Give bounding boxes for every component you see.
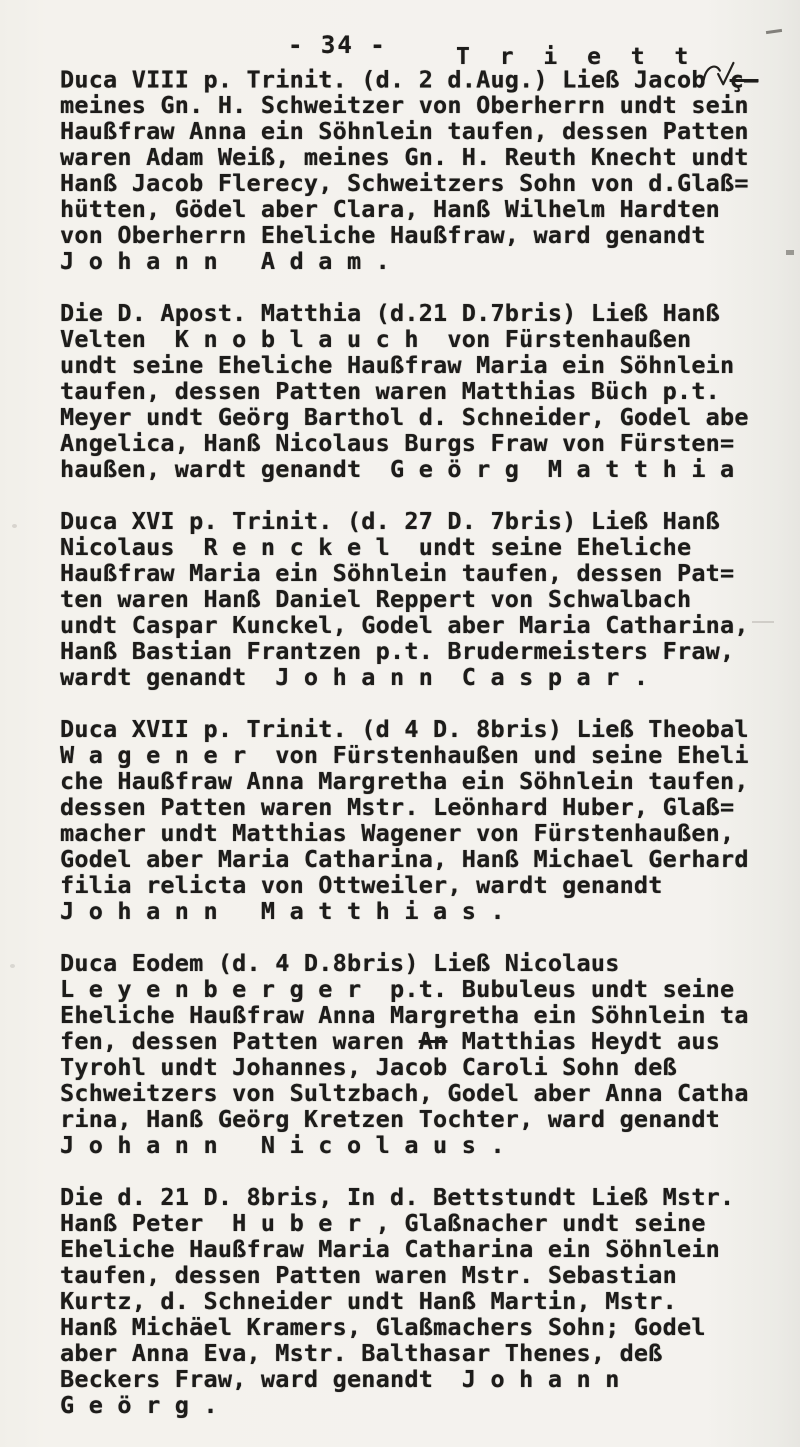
text-line: L e y e n b e r g e r p.t. Bubuleus undt… (60, 976, 800, 1002)
text-line: Duca Eodem (d. 4 D.8bris) Ließ Nicolaus (60, 950, 800, 976)
text-line: Velten K n o b l a u c h von Fürstenhauß… (60, 326, 800, 352)
text-line: aber Anna Eva, Mstr. Balthasar Thenes, d… (60, 1340, 800, 1366)
text-line: J o h a n n M a t t h i a s . (60, 898, 800, 924)
text-line: waren Adam Weiß, meines Gn. H. Reuth Kne… (60, 144, 800, 170)
baptism-entries: Duca VIII p. Trinit. (d. 2 d.Aug.) Ließ … (60, 66, 800, 1444)
text-line: taufen, dessen Patten waren Matthias Büc… (60, 378, 800, 404)
text-line: Beckers Fraw, ward genandt J o h a n n (60, 1366, 800, 1392)
text-line: dessen Patten waren Mstr. Leönhard Huber… (60, 794, 800, 820)
page-number: - 34 - (288, 31, 387, 59)
text-line: Eheliche Haußfraw Anna Margretha ein Söh… (60, 1002, 800, 1028)
baptism-entry: Duca VIII p. Trinit. (d. 2 d.Aug.) Ließ … (60, 66, 800, 274)
text-line: Tyrohl undt Johannes, Jacob Caroli Sohn … (60, 1054, 800, 1080)
struck-text: An (419, 1027, 448, 1055)
text-line: Meyer undt Geörg Barthol d. Schneider, G… (60, 404, 800, 430)
text-line: undt Caspar Kunckel, Godel aber Maria Ca… (60, 612, 800, 638)
text-line: taufen, dessen Patten waren Mstr. Sebast… (60, 1262, 800, 1288)
text-line: J o h a n n A d a m . (60, 248, 800, 274)
scan-artifact (766, 29, 782, 34)
handwritten-check-icon (702, 59, 736, 89)
text-line: hütten, Gödel aber Clara, Hanß Wilhelm H… (60, 196, 800, 222)
text-line: macher undt Matthias Wagener von Fürsten… (60, 820, 800, 846)
scan-artifact (786, 250, 794, 255)
text-line: undt seine Eheliche Haußfraw Maria ein S… (60, 352, 800, 378)
text-line: haußen, wardt genandt G e ö r g M a t t … (60, 456, 800, 482)
text-line: Die d. 21 D. 8bris, In d. Bettstundt Lie… (60, 1184, 800, 1210)
text-line: meines Gn. H. Schweitzer von Oberherrn u… (60, 92, 800, 118)
baptism-entry: Duca XVI p. Trinit. (d. 27 D. 7bris) Lie… (60, 508, 800, 690)
text-line: ten waren Hanß Daniel Reppert von Schwal… (60, 586, 800, 612)
text-line: Haußfraw Maria ein Söhnlein taufen, dess… (60, 560, 800, 586)
text-line: Eheliche Haußfraw Maria Catharina ein Sö… (60, 1236, 800, 1262)
text-line: wardt genandt J o h a n n C a s p a r . (60, 664, 800, 690)
text-line: von Oberherrn Eheliche Haußfraw, ward ge… (60, 222, 800, 248)
text-line: Duca VIII p. Trinit. (d. 2 d.Aug.) Ließ … (60, 66, 800, 92)
text-line: Godel aber Maria Catharina, Hanß Michael… (60, 846, 800, 872)
text-line: che Haußfraw Anna Margretha ein Söhnlein… (60, 768, 800, 794)
baptism-entry: Duca Eodem (d. 4 D.8bris) Ließ NicolausL… (60, 950, 800, 1158)
text-line: fen, dessen Patten waren An Matthias Hey… (60, 1028, 800, 1054)
text-line: filia relicta von Ottweiler, wardt genan… (60, 872, 800, 898)
text-line: Hanß Bastian Frantzen p.t. Brudermeister… (60, 638, 800, 664)
text-line: Angelica, Hanß Nicolaus Burgs Fraw von F… (60, 430, 800, 456)
text-line: Kurtz, d. Schneider undt Hanß Martin, Ms… (60, 1288, 800, 1314)
text-segment: fen, dessen Patten waren (60, 1027, 419, 1055)
text-line: G e ö r g . (60, 1392, 800, 1418)
text-line: Schweitzers von Sultzbach, Godel aber An… (60, 1080, 800, 1106)
text-line: J o h a n n N i c o l a u s . (60, 1132, 800, 1158)
baptism-entry: Die D. Apost. Matthia (d.21 D.7bris) Lie… (60, 300, 800, 482)
text-line: Duca XVI p. Trinit. (d. 27 D. 7bris) Lie… (60, 508, 800, 534)
text-line: Hanß Jacob Flerecy, Schweitzers Sohn von… (60, 170, 800, 196)
scan-artifact (10, 964, 15, 968)
scanned-register-page: - 34 - T r i e t t Duca VIII p. Trinit. … (0, 0, 800, 1447)
text-line: Duca XVII p. Trinit. (d 4 D. 8bris) Ließ… (60, 716, 800, 742)
scan-artifact (752, 621, 774, 623)
text-line: Hanß Michäel Kramers, Glaßmachers Sohn; … (60, 1314, 800, 1340)
text-line: Haußfraw Anna ein Söhnlein taufen, desse… (60, 118, 800, 144)
text-line: W a g e n e r von Fürstenhaußen und sein… (60, 742, 800, 768)
baptism-entry: Duca XVII p. Trinit. (d 4 D. 8bris) Ließ… (60, 716, 800, 924)
baptism-entry: Die d. 21 D. 8bris, In d. Bettstundt Lie… (60, 1184, 800, 1418)
text-segment: Duca VIII p. Trinit. (d. 2 d.Aug.) Ließ … (60, 66, 706, 94)
text-line: Hanß Peter H u b e r , Glaßnacher undt s… (60, 1210, 800, 1236)
text-line: Nicolaus R e n c k e l undt seine Ehelic… (60, 534, 800, 560)
text-line: Die D. Apost. Matthia (d.21 D.7bris) Lie… (60, 300, 800, 326)
scan-artifact (12, 524, 17, 528)
text-segment: Matthias Heydt aus (447, 1027, 720, 1055)
text-line: rina, Hanß Geörg Kretzen Tochter, ward g… (60, 1106, 800, 1132)
